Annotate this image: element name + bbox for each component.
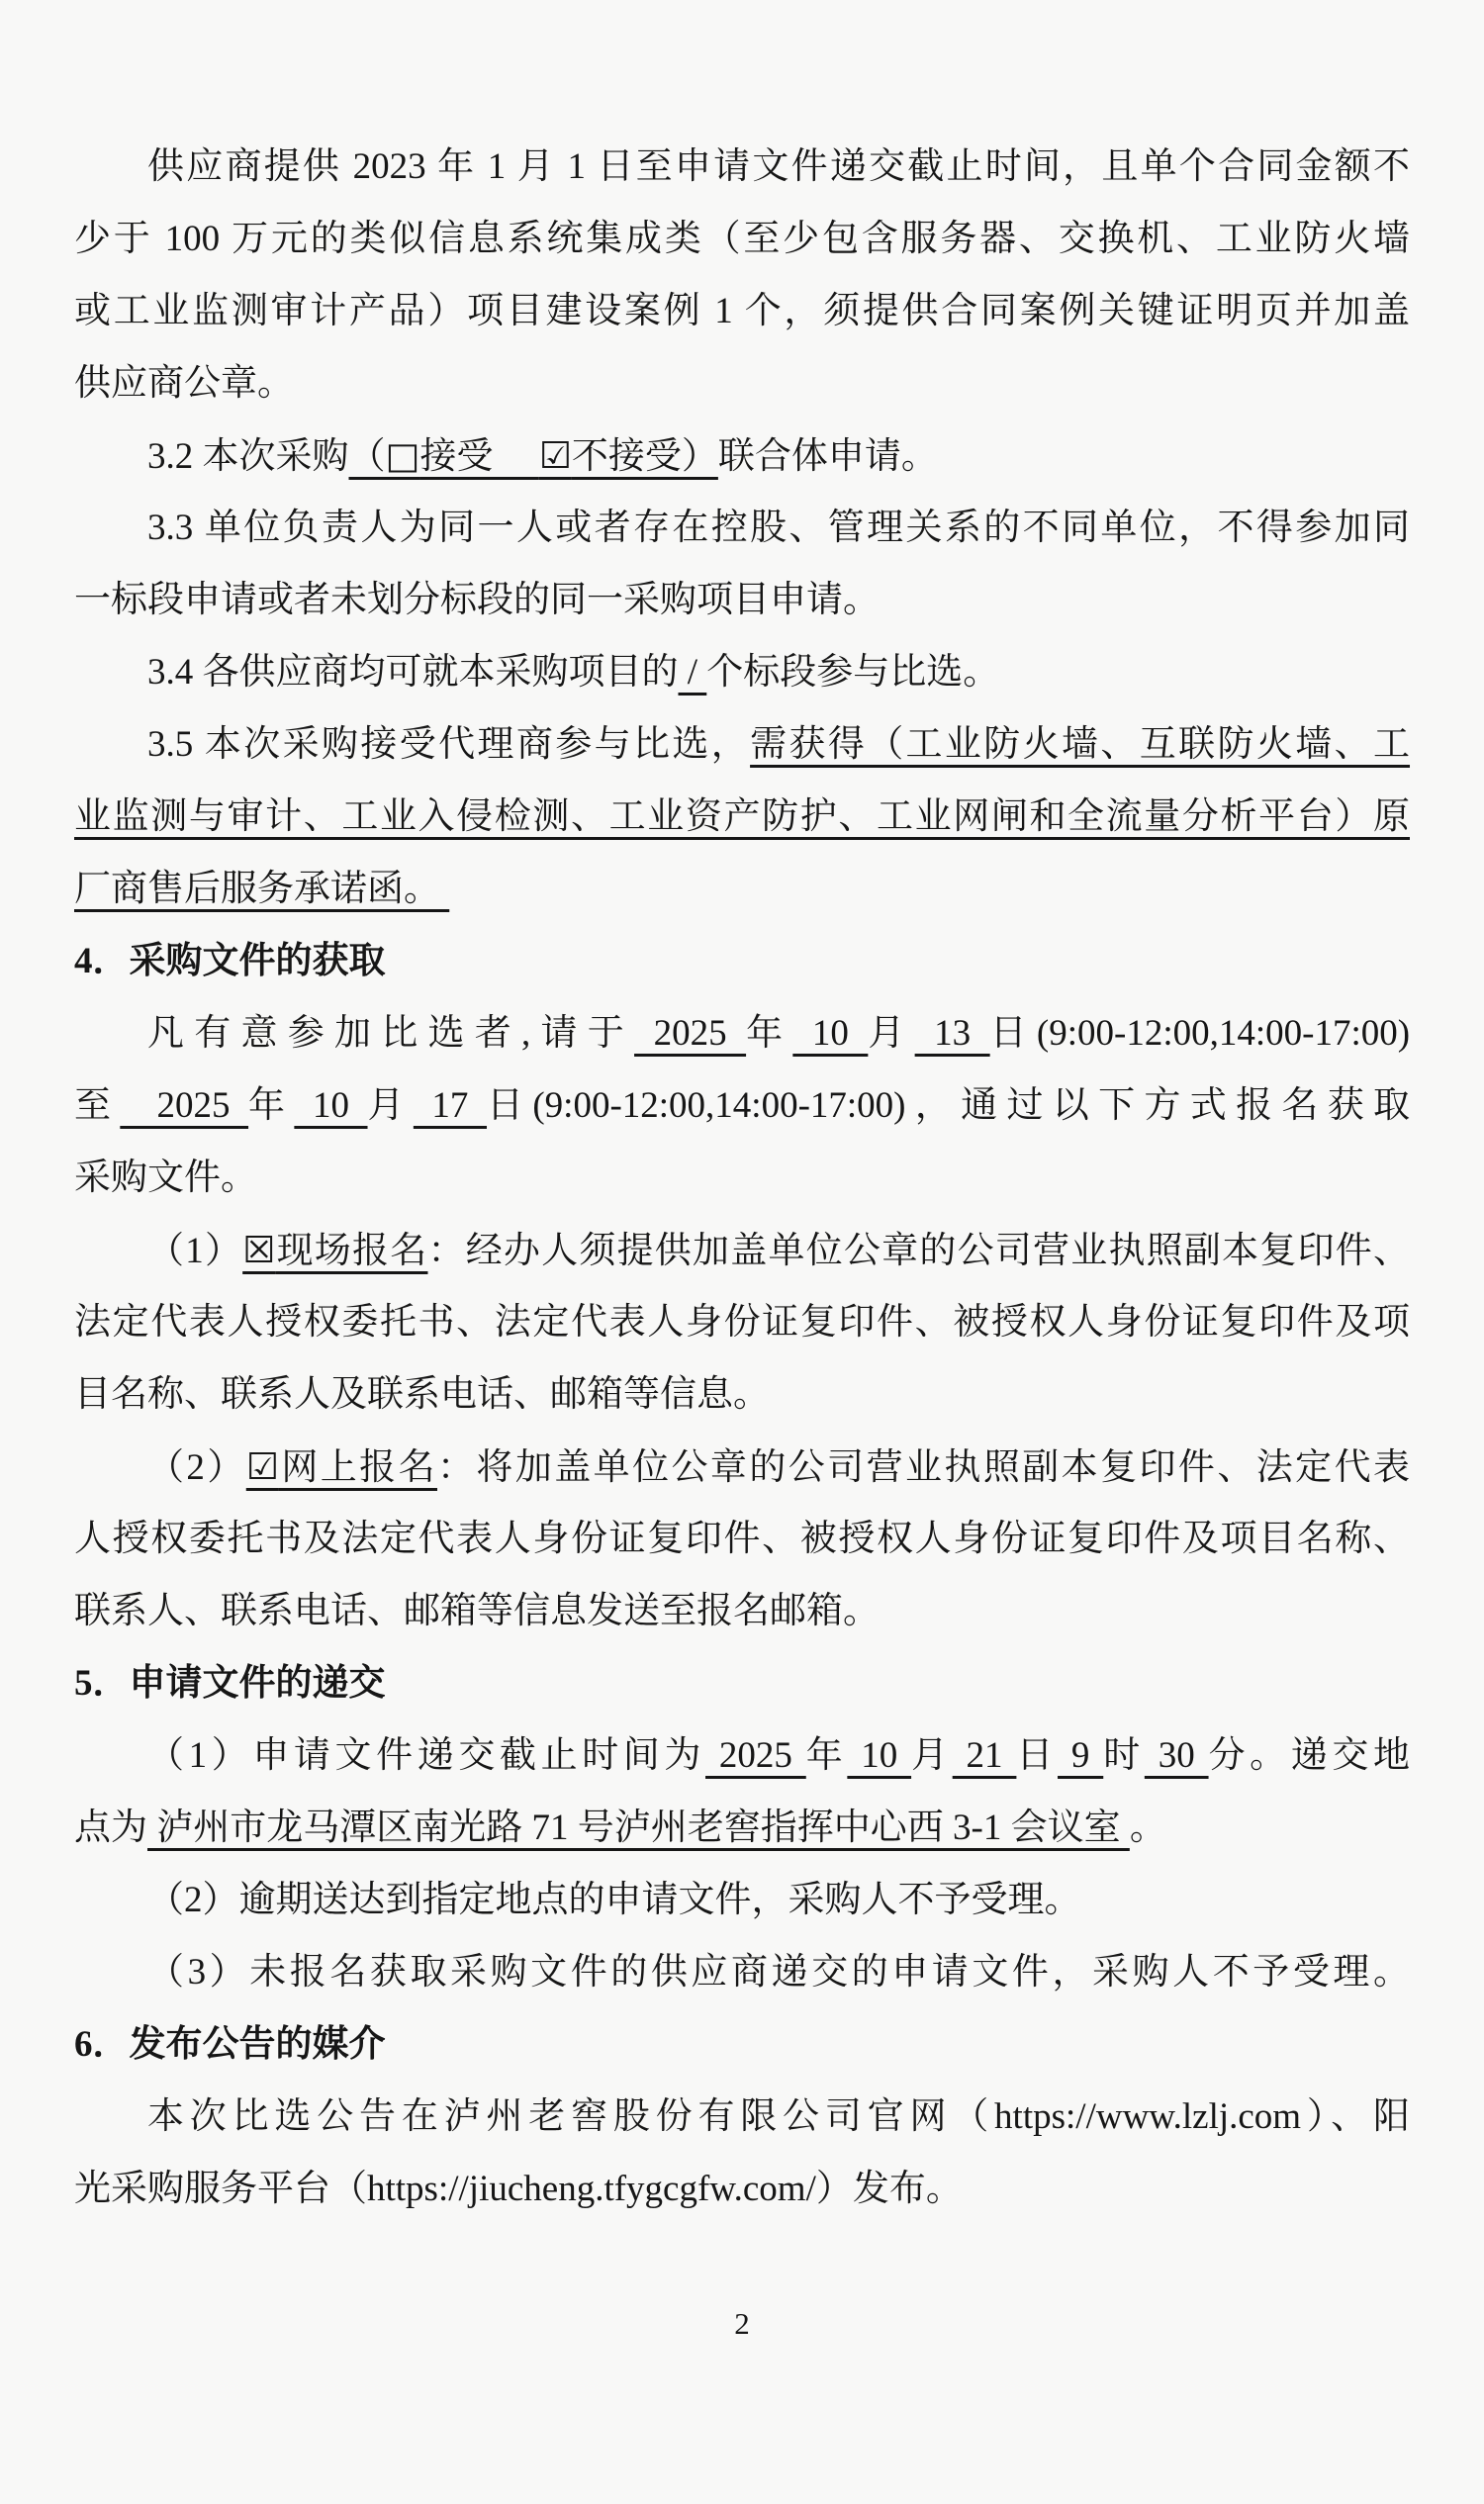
- text-run: ：经办人须提供加盖单位公章的公司营业执照副本复印件、: [427, 1231, 1410, 1271]
- paragraph-line: 供应商公章。: [74, 347, 1410, 419]
- text-run: 3.5 本次采购接受代理商参与比选，: [147, 724, 750, 765]
- paragraph-line: （1）☒现场报名：经办人须提供加盖单位公章的公司营业执照副本复印件、: [74, 1214, 1410, 1286]
- paragraph-line: 3.3 单位负责人为同一人或者存在控股、管理关系的不同单位，不得参加同: [74, 492, 1410, 564]
- text-run: 17: [414, 1085, 487, 1126]
- text-run: 泸州市龙马潭区南光路 71 号泸州老窖指挥中心西 3-1 会议室: [147, 1808, 1130, 1848]
- checkbox-glyph: ☑: [246, 1445, 279, 1488]
- paragraph-line: （2）逾期送达到指定地点的申请文件，采购人不予受理。: [74, 1864, 1410, 1936]
- paragraph-line: 目名称、联系人及联系电话、邮箱等信息。: [74, 1358, 1410, 1431]
- text-run: 一标段申请或者未划分标段的同一采购项目申请。: [74, 580, 880, 620]
- text-run: 10: [792, 1013, 868, 1054]
- text-run: 年: [746, 1013, 792, 1054]
- paragraph-line: 3.2 本次采购（□接受 ☑不接受）联合体申请。: [74, 419, 1410, 492]
- text-run: 日(9:00-12:00,14:00-17:00): [990, 1013, 1410, 1054]
- checkbox-glyph: □: [386, 434, 420, 477]
- text-run: 点为: [74, 1808, 147, 1848]
- text-run: 本次比选公告在泸州老窖股份有限公司官网（https://www.lzlj.com…: [147, 2096, 1410, 2137]
- paragraph-line: （1）申请文件递交截止时间为 2025 年 10 月 21 日 9 时 30 分…: [74, 1719, 1410, 1792]
- text-run: 3.3 单位负责人为同一人或者存在控股、管理关系的不同单位，不得参加同: [147, 508, 1410, 548]
- text-run: 或工业监测审计产品）项目建设案例 1 个，须提供合同案例关键证明页并加盖: [74, 291, 1410, 331]
- paragraph-line: 点为 泸州市龙马潭区南光路 71 号泸州老窖指挥中心西 3-1 会议室 。: [74, 1792, 1410, 1864]
- text-run: 月: [911, 1735, 953, 1776]
- text-run: 30: [1145, 1735, 1209, 1776]
- text-run: 目名称、联系人及联系电话、邮箱等信息。: [74, 1374, 770, 1415]
- text-run: 采购文件。: [74, 1158, 257, 1198]
- text-run: （1）申请文件递交截止时间为: [147, 1735, 705, 1776]
- text-run: 少于 100 万元的类似信息系统集成类（至少包含服务器、交换机、工业防火墙: [74, 219, 1410, 259]
- text-run: 需获得（工业防火墙、互联防火墙、工: [750, 724, 1410, 765]
- paragraph-line: 业监测与审计、工业入侵检测、工业资产防护、工业网闸和全流量分析平台）原: [74, 781, 1410, 853]
- paragraph-line: 光采购服务平台（https://jiucheng.tfygcgfw.com/）发…: [74, 2153, 1410, 2225]
- text-run: 分。递交地: [1209, 1735, 1410, 1776]
- paragraph-line: 3.5 本次采购接受代理商参与比选，需获得（工业防火墙、互联防火墙、工: [74, 708, 1410, 781]
- paragraph-line: 联系人、联系电话、邮箱等信息发送至报名邮箱。: [74, 1575, 1410, 1647]
- paragraph-line: 少于 100 万元的类似信息系统集成类（至少包含服务器、交换机、工业防火墙: [74, 203, 1410, 275]
- text-run: （: [349, 436, 386, 477]
- paragraph-line: 厂商售后服务承诺函。: [74, 853, 1410, 925]
- text-run: 法定代表人授权委托书、法定代表人身份证复印件、被授权人身份证复印件及项: [74, 1302, 1410, 1343]
- paragraph-line: 或工业监测审计产品）项目建设案例 1 个，须提供合同案例关键证明页并加盖: [74, 275, 1410, 347]
- text-run: 日: [1016, 1735, 1058, 1776]
- paragraph-line: 一标段申请或者未划分标段的同一采购项目申请。: [74, 564, 1410, 636]
- text-run: 现场报名: [275, 1231, 427, 1271]
- text-run: 月: [868, 1013, 914, 1054]
- text-run: （2）逾期送达到指定地点的申请文件，采购人不予受理。: [147, 1880, 1081, 1920]
- text-run: 供应商提供 2023 年 1 月 1 日至申请文件递交截止时间，且单个合同金额不: [147, 146, 1410, 187]
- text-run: 月: [368, 1085, 414, 1126]
- text-run: 个标段参与比选。: [706, 652, 999, 693]
- text-run: 3.4 各供应商均可就本采购项目的: [147, 652, 679, 693]
- text-run: 10: [294, 1085, 367, 1126]
- text-run: 4．采购文件的获取: [74, 941, 386, 981]
- text-run: （2）: [147, 1447, 246, 1488]
- text-run: 21: [953, 1735, 1017, 1776]
- text-run: 13: [915, 1013, 990, 1054]
- text-run: 接受: [419, 436, 538, 477]
- text-run: 供应商公章。: [74, 363, 294, 404]
- text-run: 2025: [120, 1085, 248, 1126]
- text-run: 凡有意参加比选者,请于: [147, 1013, 634, 1054]
- paragraph-line: （2）☑网上报名：将加盖单位公章的公司营业执照副本复印件、法定代表: [74, 1431, 1410, 1503]
- paragraph-line: 3.4 各供应商均可就本采购项目的 / 个标段参与比选。: [74, 636, 1410, 708]
- text-run: 10: [847, 1735, 911, 1776]
- document-body: 供应商提供 2023 年 1 月 1 日至申请文件递交截止时间，且单个合同金额不…: [74, 131, 1410, 2225]
- page-number: 2: [0, 2303, 1484, 2345]
- document-page: 供应商提供 2023 年 1 月 1 日至申请文件递交截止时间，且单个合同金额不…: [0, 0, 1484, 2504]
- text-run: 不接受）: [572, 436, 718, 477]
- text-run: 2025: [705, 1735, 806, 1776]
- text-run: 2025: [634, 1013, 746, 1054]
- checkbox-glyph: ☑: [539, 434, 572, 477]
- paragraph-line: 至 2025 年 10 月 17 日(9:00-12:00,14:00-17:0…: [74, 1069, 1410, 1142]
- text-run: 联系人、联系电话、邮箱等信息发送至报名邮箱。: [74, 1591, 880, 1631]
- text-run: 至: [74, 1085, 120, 1126]
- text-run: 年: [806, 1735, 848, 1776]
- paragraph-line: 本次比选公告在泸州老窖股份有限公司官网（https://www.lzlj.com…: [74, 2081, 1410, 2153]
- text-run: 联合体申请。: [718, 436, 938, 477]
- text-run: 6．发布公告的媒介: [74, 2024, 386, 2065]
- text-run: 网上报名: [279, 1447, 437, 1488]
- text-run: 时: [1103, 1735, 1145, 1776]
- text-run: 。: [1130, 1808, 1166, 1848]
- text-run: 厂商售后服务承诺函。: [74, 869, 449, 909]
- section-heading: 6．发布公告的媒介: [74, 2008, 1410, 2081]
- text-run: ：将加盖单位公章的公司营业执照副本复印件、法定代表: [437, 1447, 1410, 1488]
- text-run: /: [679, 652, 707, 693]
- text-run: （1）: [147, 1231, 242, 1271]
- text-run: 5．申请文件的递交: [74, 1663, 386, 1704]
- section-heading: 4．采购文件的获取: [74, 925, 1410, 997]
- paragraph-line: 法定代表人授权委托书、法定代表人身份证复印件、被授权人身份证复印件及项: [74, 1286, 1410, 1358]
- section-heading: 5．申请文件的递交: [74, 1647, 1410, 1719]
- text-run: 光采购服务平台（https://jiucheng.tfygcgfw.com/）发…: [74, 2169, 963, 2209]
- text-run: 日(9:00-12:00,14:00-17:00)，通过以下方式报名获取: [487, 1085, 1410, 1126]
- paragraph-line: 人授权委托书及法定代表人身份证复印件、被授权人身份证复印件及项目名称、: [74, 1503, 1410, 1575]
- text-run: （3）未报名获取采购文件的供应商递交的申请文件，采购人不予受理。: [147, 1952, 1410, 1993]
- paragraph-line: 供应商提供 2023 年 1 月 1 日至申请文件递交截止时间，且单个合同金额不: [74, 131, 1410, 203]
- text-run: 人授权委托书及法定代表人身份证复印件、被授权人身份证复印件及项目名称、: [74, 1519, 1410, 1559]
- text-run: 年: [248, 1085, 294, 1126]
- text-run: 3.2 本次采购: [147, 436, 349, 477]
- text-run: 业监测与审计、工业入侵检测、工业资产防护、工业网闸和全流量分析平台）原: [74, 796, 1410, 837]
- paragraph-line: 凡有意参加比选者,请于 2025 年 10 月 13 日(9:00-12:00,…: [74, 997, 1410, 1069]
- checkbox-glyph: ☒: [242, 1229, 275, 1271]
- paragraph-line: （3）未报名获取采购文件的供应商递交的申请文件，采购人不予受理。: [74, 1936, 1410, 2008]
- paragraph-line: 采购文件。: [74, 1142, 1410, 1214]
- text-run: 9: [1058, 1735, 1103, 1776]
